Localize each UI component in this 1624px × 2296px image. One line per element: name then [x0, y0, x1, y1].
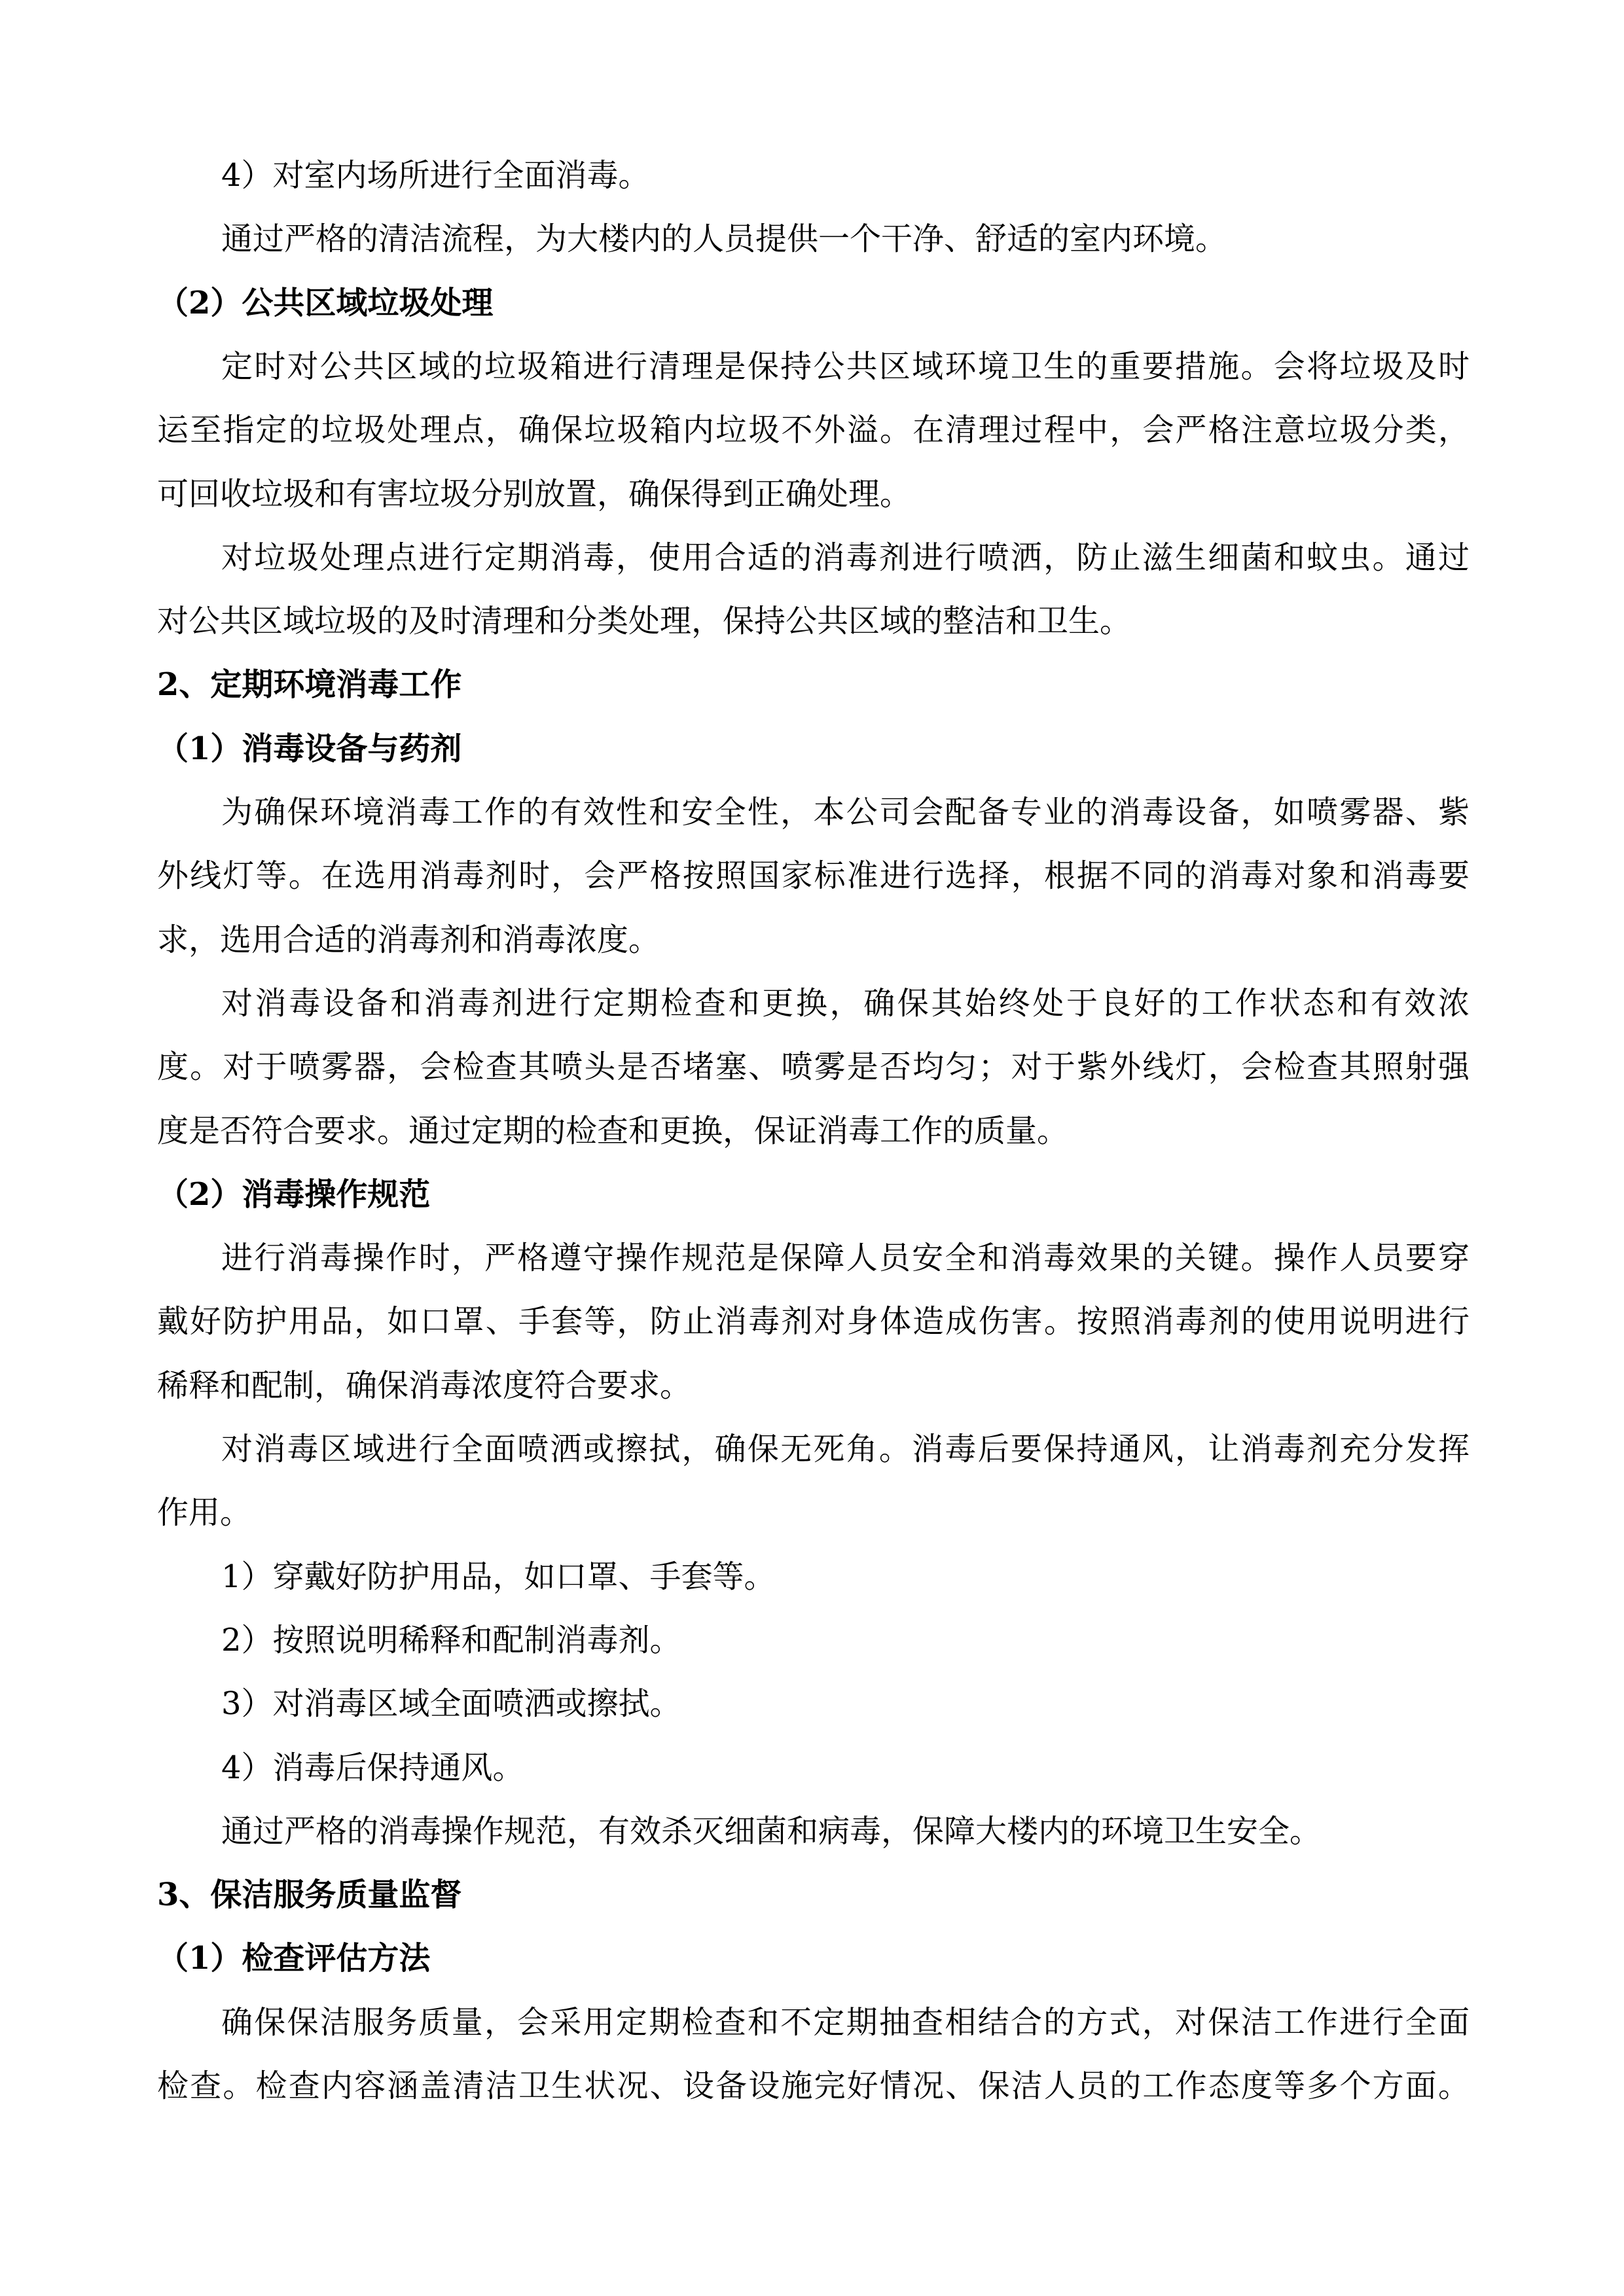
- subheading-inspection-methods: （1）检查评估方法: [157, 1939, 1470, 2002]
- paragraph-line: 定时对公共区域的垃圾箱进行清理是保持公共区域环境卫生的重要措施。会将垃圾及时: [221, 347, 1470, 410]
- section-heading-quality-supervision: 3、保洁服务质量监督: [157, 1875, 1470, 1939]
- document-page: 4）对室内场所进行全面消毒。 通过严格的清洁流程，为大楼内的人员提供一个干净、舒…: [0, 0, 1624, 2296]
- subheading-public-area-garbage: （2）公共区域垃圾处理: [157, 283, 1470, 347]
- paragraph-line: 为确保环境消毒工作的有效性和安全性，本公司会配备专业的消毒设备，如喷雾器、紫: [221, 793, 1470, 856]
- list-item: 4）消毒后保持通风。: [221, 1748, 1470, 1812]
- paragraph-line: 度。对于喷雾器，会检查其喷头是否堵塞、喷雾是否均匀；对于紫外线灯，会检查其照射强: [157, 1047, 1470, 1111]
- paragraph-line: 检查。检查内容涵盖清洁卫生状况、设备设施完好情况、保洁人员的工作态度等多个方面。: [157, 2066, 1470, 2130]
- list-item: 2）按照说明稀释和配制消毒剂。: [221, 1621, 1470, 1684]
- paragraph-line: 度是否符合要求。通过定期的检查和更换，保证消毒工作的质量。: [157, 1111, 1470, 1175]
- paragraph-line: 稀释和配制，确保消毒浓度符合要求。: [157, 1366, 1470, 1429]
- paragraph-line: 运至指定的垃圾处理点，确保垃圾箱内垃圾不外溢。在清理过程中，会严格注意垃圾分类，: [157, 410, 1470, 474]
- paragraph-line: 通过严格的清洁流程，为大楼内的人员提供一个干净、舒适的室内环境。: [221, 219, 1470, 283]
- paragraph-line: 外线灯等。在选用消毒剂时，会严格按照国家标准进行选择，根据不同的消毒对象和消毒要: [157, 856, 1470, 920]
- list-item: 1）穿戴好防护用品，如口罩、手套等。: [221, 1557, 1470, 1621]
- paragraph-line: 进行消毒操作时，严格遵守操作规范是保障人员安全和消毒效果的关键。操作人员要穿: [221, 1238, 1470, 1302]
- paragraph-line: 求，选用合适的消毒剂和消毒浓度。: [157, 920, 1470, 984]
- paragraph-line: 对消毒设备和消毒剂进行定期检查和更换，确保其始终处于良好的工作状态和有效浓: [221, 984, 1470, 1047]
- paragraph-line: 可回收垃圾和有害垃圾分别放置，确保得到正确处理。: [157, 475, 1470, 538]
- paragraph-line: 通过严格的消毒操作规范，有效杀灭细菌和病毒，保障大楼内的环境卫生安全。: [221, 1812, 1470, 1875]
- list-item: 4）对室内场所进行全面消毒。: [221, 156, 1470, 219]
- list-item: 3）对消毒区域全面喷洒或擦拭。: [221, 1684, 1470, 1748]
- paragraph-line: 对公共区域垃圾的及时清理和分类处理，保持公共区域的整洁和卫生。: [157, 601, 1470, 665]
- paragraph-line: 对垃圾处理点进行定期消毒，使用合适的消毒剂进行喷洒，防止滋生细菌和蚊虫。通过: [221, 538, 1470, 601]
- paragraph-line: 戴好防护用品，如口罩、手套等，防止消毒剂对身体造成伤害。按照消毒剂的使用说明进行: [157, 1302, 1470, 1365]
- paragraph-line: 确保保洁服务质量，会采用定期检查和不定期抽查相结合的方式，对保洁工作进行全面: [221, 2003, 1470, 2066]
- subheading-equipment-agents: （1）消毒设备与药剂: [157, 729, 1470, 793]
- subheading-operation-standards: （2）消毒操作规范: [157, 1175, 1470, 1238]
- section-heading-disinfection: 2、定期环境消毒工作: [157, 665, 1470, 728]
- paragraph-line: 对消毒区域进行全面喷洒或擦拭，确保无死角。消毒后要保持通风，让消毒剂充分发挥: [221, 1429, 1470, 1493]
- paragraph-line: 作用。: [157, 1493, 1470, 1556]
